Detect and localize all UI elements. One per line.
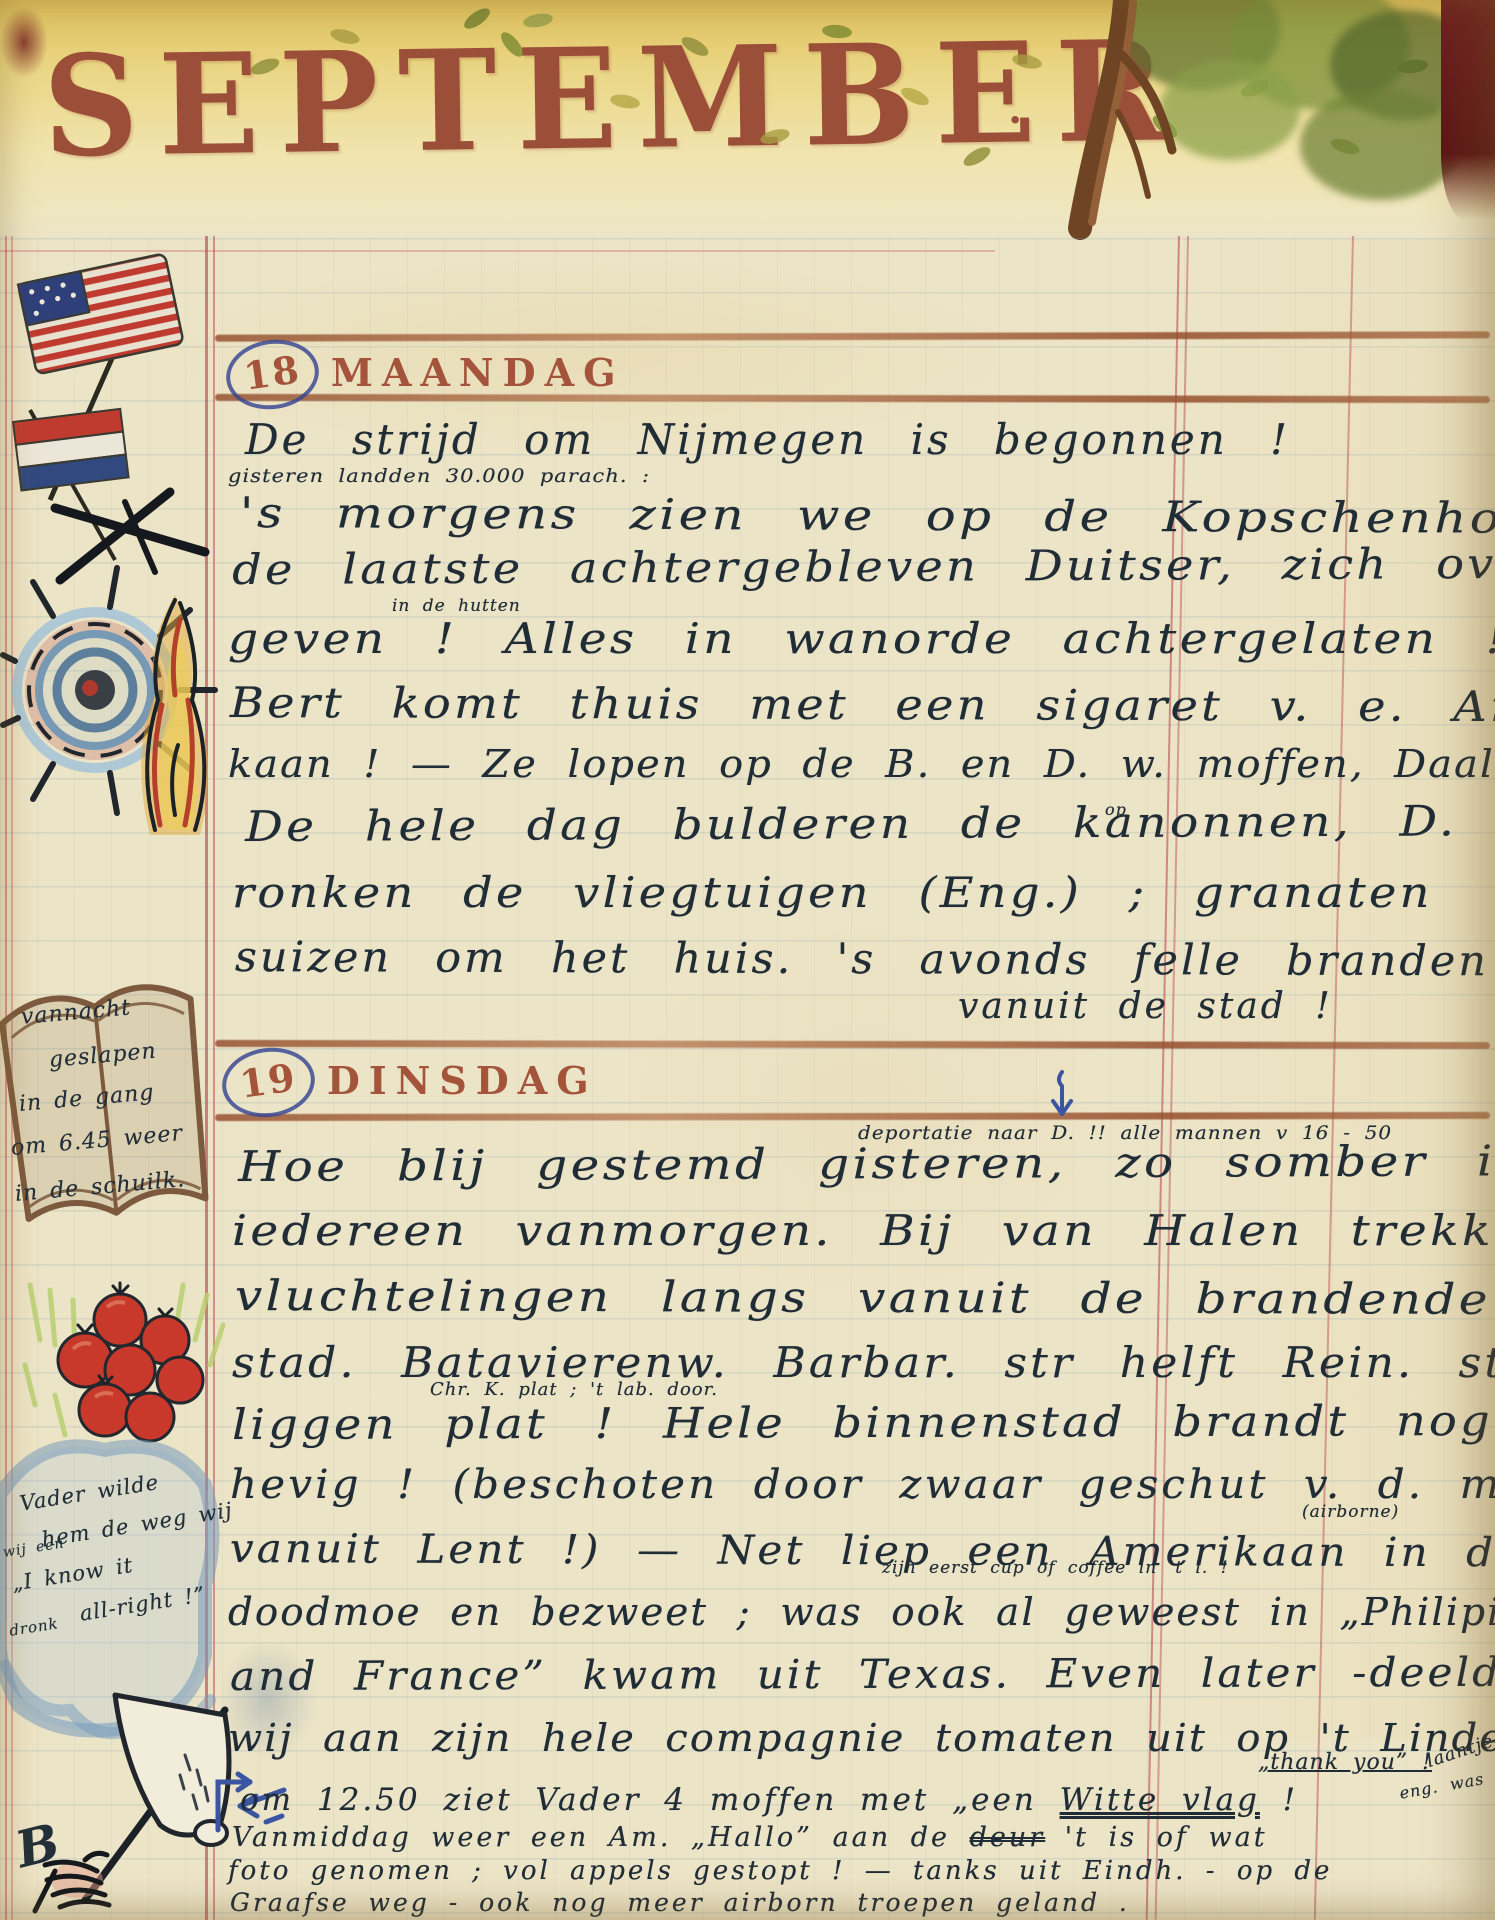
diary-line: Graafse weg - ook nog meer airborn troep… [230, 1888, 1130, 1917]
down-arrow-icon [1042, 1066, 1082, 1124]
day-number-19: 19 [218, 1042, 320, 1123]
day-name-19: DINSDAG [327, 1058, 598, 1103]
diary-line: De hele dag bulderen de kanonnen, D. en … [245, 795, 1495, 851]
diary-line: De strijd om Nijmegen is begonnen ! [245, 415, 1290, 464]
interline-note: „thank you” ! [1258, 1750, 1432, 1775]
flames-drawing [130, 575, 225, 840]
underlined-phrase: Witte vlag [1060, 1782, 1260, 1818]
line-segment: ! [1260, 1782, 1298, 1818]
diary-line: Vanmiddag weer een Am. „Hallo” aan de de… [232, 1822, 1268, 1853]
diary-line: kaan ! — Ze lopen op de B. en D. w. moff… [228, 742, 1495, 786]
diary-line: vanuit de stad ! [958, 986, 1333, 1027]
american-flag-drawing [5, 250, 220, 590]
interline-note: (airborne) [1302, 1502, 1399, 1522]
diary-page: SEPTEMBER · [0, 0, 1495, 1920]
day-number-18: 18 [222, 334, 324, 415]
day-heading-19: 19DINSDAG [222, 1048, 598, 1117]
tree-foliage [1230, 0, 1410, 110]
diary-line: and France” kwam uit Texas. Even later -… [230, 1650, 1495, 1700]
diary-line: geven ! Alles in wanorde achtergelaten !… [228, 614, 1495, 663]
struck-word: deur [970, 1822, 1046, 1853]
diary-line: iedereen vanmorgen. Bij van Halen trekke… [232, 1206, 1495, 1255]
line-segment: Vanmiddag weer een Am. „Hallo” aan de [232, 1822, 970, 1853]
diary-line: doodmoe en bezweet ; was ook al geweest … [228, 1590, 1495, 1634]
diary-line: ronken de vliegtuigen (Eng.) ; granaten [232, 868, 1433, 917]
interline-note: zijn eerst cup of coffee in 't l. ! [882, 1558, 1229, 1578]
diary-line: vluchtelingen langs vanuit de brandende [235, 1271, 1491, 1324]
autumn-leaf [1329, 136, 1362, 158]
line-segment: 't is of wat [1045, 1822, 1267, 1853]
interline-note: in de hutten [392, 596, 521, 616]
autumn-leaf [1239, 77, 1272, 100]
diary-line: stad. Batavierenw. Barbar. str helft Rei… [232, 1338, 1495, 1387]
tree-trunk [1040, 0, 1190, 232]
interline-note: Chr. K. plat ; 't lab. door. [430, 1379, 718, 1400]
line-segment: om 12.50 ziet Vader 4 moffen met „een [240, 1782, 1060, 1818]
title-dot: · [1006, 86, 1024, 154]
autumn-leaf [1397, 58, 1429, 75]
day-heading-18: 18MAANDAG [226, 340, 625, 409]
day-name-18: MAANDAG [331, 350, 625, 395]
page-edge-band [1441, 0, 1495, 220]
interline-note: gisteren landden 30.000 parach. : [228, 465, 650, 487]
diary-line: Hoe blij gestemd gisteren, zo somber is [238, 1136, 1495, 1191]
diary-line: suizen om het huis. 's avonds felle bran… [235, 932, 1489, 985]
diary-line: foto genomen ; vol appels gestopt ! — ta… [228, 1856, 1332, 1886]
tree-foliage [1300, 90, 1460, 200]
diary-line: liggen plat ! Hele binnenstad brandt nog [232, 1396, 1493, 1449]
header-band: SEPTEMBER · [0, 0, 1495, 238]
diary-line: vanuit Lent !) — Net liep een Amerikaan … [230, 1526, 1495, 1577]
diary-line: Bert komt thuis met een sigaret v. e. Am… [230, 678, 1495, 731]
diary-line: 's morgens zien we op de Kopschenhof [240, 488, 1495, 543]
diary-line: om 12.50 ziet Vader 4 moffen met „een Wi… [240, 1782, 1298, 1818]
diary-line: de laatste achtergebleven Duitser, zich … [232, 539, 1495, 594]
